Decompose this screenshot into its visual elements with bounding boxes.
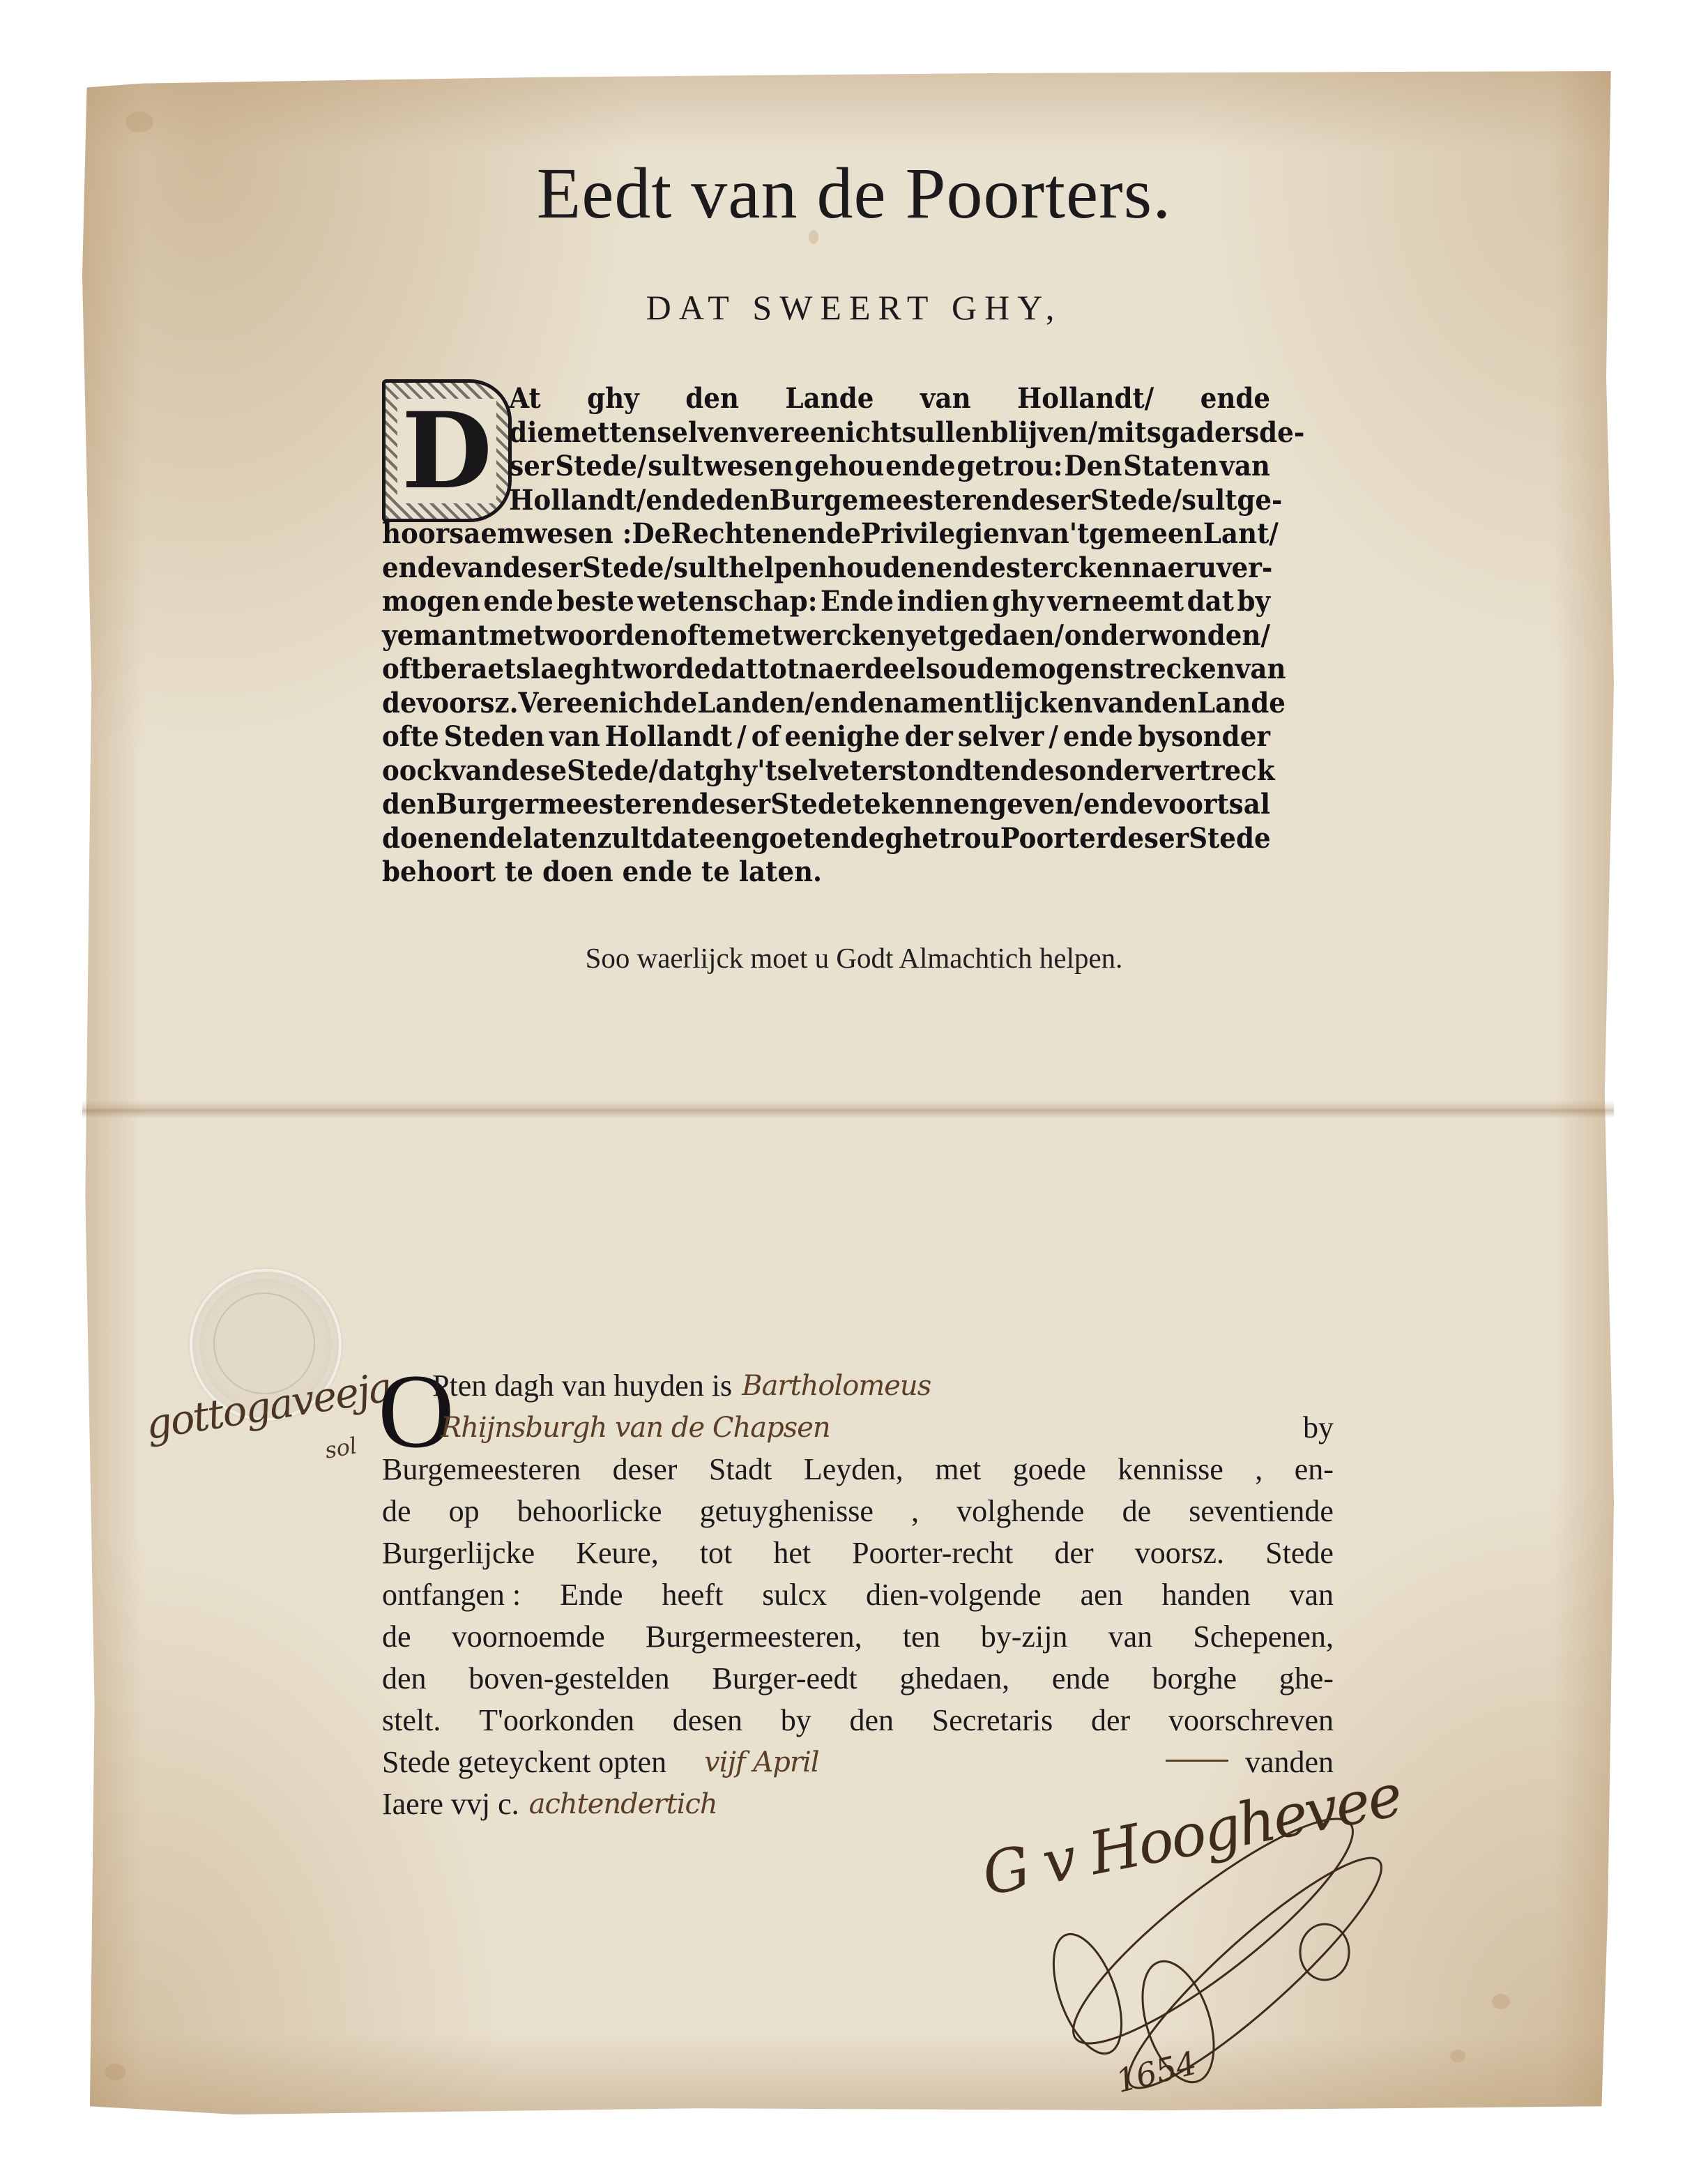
oath-word: ende bbox=[382, 551, 452, 586]
oath-word: ende bbox=[885, 450, 955, 484]
printed-text: Iaere vvj c. bbox=[382, 1783, 519, 1825]
oath-word: onderwonden/ bbox=[1065, 619, 1270, 653]
certificate-line: BurgemeesterendeserStadtLeyden,metgoedek… bbox=[382, 1449, 1334, 1491]
oath-word: yemant bbox=[382, 619, 489, 653]
oath-line: endevandeserStede/sulthelpenhoudenendest… bbox=[382, 551, 1270, 586]
oath-word: geven bbox=[989, 788, 1074, 822]
certificate-line: stelt.T'oorkondendesenbydenSecretarisder… bbox=[382, 1700, 1334, 1741]
oath-word: behoort bbox=[382, 855, 496, 890]
oath-word: Stede/ bbox=[582, 551, 673, 586]
oath-word: te bbox=[505, 855, 533, 890]
oath-word: Stede bbox=[770, 788, 852, 822]
certificate-word: dien-volgende bbox=[866, 1574, 1042, 1616]
oath-word: met bbox=[489, 619, 545, 653]
certificate-word: sulcx bbox=[762, 1574, 827, 1616]
oath-word: De bbox=[632, 517, 671, 551]
oath-word: gedaen/ bbox=[950, 619, 1064, 653]
oath-word: naer bbox=[1132, 551, 1198, 586]
oath-word: beste bbox=[556, 585, 634, 619]
oath-word: doen bbox=[542, 855, 613, 890]
oath-word: kennen bbox=[881, 788, 989, 822]
oath-word: der bbox=[905, 720, 953, 754]
oath-word: yet bbox=[906, 619, 949, 653]
certificate-word: , bbox=[911, 1491, 919, 1532]
oath-word: al bbox=[1244, 788, 1270, 822]
oath-word: At bbox=[509, 382, 540, 416]
oath-word: Poorter bbox=[1000, 822, 1110, 856]
oath-word: naerdeel bbox=[799, 653, 926, 687]
oath-word: wesen : bbox=[524, 517, 632, 551]
oath-word: helpen bbox=[729, 551, 828, 586]
oath-word: ghy bbox=[587, 382, 639, 416]
certificate-word: deser bbox=[613, 1449, 678, 1491]
oath-word: te bbox=[701, 855, 730, 890]
certificate-word: getuyghenisse bbox=[700, 1491, 874, 1532]
certificate-word: den bbox=[382, 1658, 427, 1700]
oath-word: vertreck bbox=[1154, 754, 1275, 788]
certificate-word: Schepenen, bbox=[1193, 1616, 1334, 1658]
oath-line: doenendelatenzultdateengoetendeghetrouPo… bbox=[382, 822, 1270, 856]
oath-word: ghy bbox=[992, 585, 1044, 619]
oath-text-blackletter: AtghydenLandevanHollandt/endediemettense… bbox=[382, 382, 1270, 890]
oath-word: Lande bbox=[785, 382, 874, 416]
certificate-date-line: Stede geteyckent opten vijf April vanden bbox=[382, 1741, 1334, 1783]
certificate-word: ghe- bbox=[1279, 1658, 1334, 1700]
handwritten-name: Bartholomeus bbox=[742, 1365, 931, 1407]
oath-word: de- bbox=[1259, 416, 1304, 450]
oath-word: ende bbox=[453, 822, 523, 856]
oath-word: van bbox=[452, 551, 503, 586]
oath-word: Ende bbox=[821, 585, 894, 619]
certificate-word: de bbox=[382, 1491, 411, 1532]
oath-word: sult bbox=[648, 450, 703, 484]
oath-word: den bbox=[382, 788, 436, 822]
oath-word: Staten bbox=[1123, 450, 1218, 484]
certificate-word: desen bbox=[673, 1700, 742, 1741]
certificate-word: stelt. bbox=[382, 1700, 441, 1741]
oath-word: ende bbox=[483, 585, 553, 619]
oath-word: Stede bbox=[1189, 822, 1270, 856]
oath-word: ofte bbox=[382, 720, 439, 754]
oath-word: oock bbox=[382, 754, 450, 788]
oath-word: dat bbox=[658, 754, 705, 788]
oath-word: ge- bbox=[1237, 484, 1282, 518]
oath-word: dat bbox=[653, 822, 699, 856]
oath-word: hoorsaem bbox=[382, 517, 524, 551]
handwritten-date: vijf April bbox=[676, 1741, 1149, 1783]
oath-word: deser bbox=[503, 551, 582, 586]
certificate-word: de bbox=[1122, 1491, 1152, 1532]
certificate-word: en- bbox=[1295, 1449, 1334, 1491]
oath-word: Burgemeesteren bbox=[770, 484, 1012, 518]
oath-line: denBurgermeesterendeserStedetekennengeve… bbox=[382, 788, 1270, 822]
oath-line: devoorsz.VereenichdeLanden/endenamentlij… bbox=[382, 687, 1270, 721]
certificate-word: ten bbox=[903, 1616, 940, 1658]
oath-word: sult bbox=[1182, 484, 1237, 518]
oath-word: wesen bbox=[704, 450, 793, 484]
oath-word: soude bbox=[926, 653, 1011, 687]
certificate-word: der bbox=[1091, 1700, 1130, 1741]
certificate-word: voorsz. bbox=[1135, 1532, 1224, 1574]
oath-word: Stede/ bbox=[567, 754, 658, 788]
oath-word: dese bbox=[501, 754, 567, 788]
oath-word: goet bbox=[751, 822, 815, 856]
oath-word: ende bbox=[791, 517, 860, 551]
certificate-line: devoornoemdeBurgermeesteren,tenby-zijnva… bbox=[382, 1616, 1334, 1658]
oath-subtitle: DAT SWEERT GHY, bbox=[0, 287, 1708, 328]
oath-word: selver bbox=[958, 720, 1044, 754]
oath-word: stercken bbox=[1006, 551, 1132, 586]
oath-word: met bbox=[727, 619, 783, 653]
oath-word: worde bbox=[623, 653, 710, 687]
certificate-word: op bbox=[449, 1491, 480, 1532]
certificate-word: ontfangen : bbox=[382, 1574, 521, 1616]
oath-word: ende bbox=[1200, 382, 1270, 416]
certificate-line-1: Pten dagh van huyden is Bartholomeus bbox=[382, 1365, 1334, 1407]
oath-word: strecken bbox=[1109, 653, 1235, 687]
printed-text: Stede geteyckent opten bbox=[382, 1741, 666, 1783]
oath-line: yemantmetwoordenoftemetwerckenyetgedaen/… bbox=[382, 619, 1270, 653]
certificate-word: by bbox=[781, 1700, 811, 1741]
oath-word: Lant/ bbox=[1203, 517, 1279, 551]
oath-closing-line: Soo waerlijck moet u Godt Almachtich hel… bbox=[0, 941, 1708, 975]
certificate-word: Burgermeesteren, bbox=[646, 1616, 862, 1658]
margin-signature-sub: sol bbox=[323, 1432, 359, 1463]
certificate-word: Leyden, bbox=[804, 1449, 903, 1491]
oath-word: deser bbox=[1109, 822, 1189, 856]
oath-word: houden bbox=[828, 551, 936, 586]
oath-word: Hollandt/ bbox=[1017, 382, 1154, 416]
certificate-word: volghende bbox=[956, 1491, 1084, 1532]
certificate-word: Ende bbox=[560, 1574, 623, 1616]
oath-word: getrou: bbox=[956, 450, 1062, 484]
oath-word: van bbox=[1235, 653, 1286, 687]
oath-line: Hollandt/endedenBurgemeesterendeserStede… bbox=[382, 484, 1270, 518]
oath-word: mogen bbox=[1011, 653, 1109, 687]
oath-word: sult bbox=[673, 551, 729, 586]
oath-word: van bbox=[450, 754, 501, 788]
certificate-word: kennisse bbox=[1118, 1449, 1223, 1491]
printed-text: by bbox=[1303, 1407, 1334, 1449]
certificate-line: ontfangen :Endeheeftsulcxdien-volgendeae… bbox=[382, 1574, 1334, 1616]
oath-line: hoorsaemwesen :DeRechtenendePrivilegienv… bbox=[382, 517, 1270, 551]
oath-word: ende bbox=[814, 687, 884, 721]
oath-word: Lande bbox=[1197, 687, 1286, 721]
oath-word: gehou bbox=[795, 450, 885, 484]
oath-word: Stede/ bbox=[1090, 484, 1182, 518]
oath-word: ver- bbox=[1217, 551, 1272, 586]
oath-word: vanden bbox=[1092, 687, 1196, 721]
oath-word: / bbox=[1049, 720, 1058, 754]
oath-word: ghetrou bbox=[885, 822, 1000, 856]
oath-word: oft bbox=[382, 653, 422, 687]
oath-word: Privilegien bbox=[861, 517, 1019, 551]
oath-word: laten bbox=[523, 822, 597, 856]
oath-word: Rechten bbox=[671, 517, 791, 551]
certificate-word: den bbox=[850, 1700, 894, 1741]
certificate-word: ghedaen, bbox=[900, 1658, 1010, 1700]
certificate-word: met bbox=[935, 1449, 981, 1491]
oath-word: gemeen bbox=[1089, 517, 1203, 551]
certificate-word: de bbox=[382, 1616, 411, 1658]
oath-word: u bbox=[1198, 551, 1217, 586]
certificate-word: Burgerlijcke bbox=[382, 1532, 535, 1574]
paper-stain bbox=[1492, 1994, 1510, 2009]
oath-word: den bbox=[716, 484, 770, 518]
certificate-word: Secretaris bbox=[932, 1700, 1053, 1741]
oath-line: ofteStedenvanHollandt/ofeenighederselver… bbox=[382, 720, 1270, 754]
certificate-line: BurgerlijckeKeure,tothetPoorter-rechtder… bbox=[382, 1532, 1334, 1574]
oath-word: sonder bbox=[1055, 754, 1154, 788]
handwritten-origin: Rhijnsburgh van de Chapsen bbox=[432, 1407, 1303, 1449]
oath-word: selven bbox=[657, 416, 748, 450]
certificate-word: Stadt bbox=[709, 1449, 772, 1491]
oath-word: voorts bbox=[1154, 788, 1244, 822]
oath-line: AtghydenLandevanHollandt/ende bbox=[382, 382, 1270, 416]
oath-word: of bbox=[752, 720, 780, 754]
oath-word: beraetslaeght bbox=[422, 653, 623, 687]
oath-line: behoorttedoenendetelaten. bbox=[382, 855, 1270, 890]
certificate-word: van bbox=[1108, 1616, 1153, 1658]
certificate-word: Burger-eedt bbox=[712, 1658, 857, 1700]
oath-word: Steden bbox=[444, 720, 544, 754]
fold-crease bbox=[82, 1100, 1614, 1118]
oath-word: voorsz. bbox=[417, 687, 519, 721]
oath-word: een bbox=[699, 822, 751, 856]
certificate-word: het bbox=[773, 1532, 811, 1574]
oath-word: ende bbox=[646, 484, 715, 518]
certificate-word: aen bbox=[1081, 1574, 1123, 1616]
certificate-word: borghe bbox=[1152, 1658, 1237, 1700]
paper-stain bbox=[125, 112, 153, 132]
oath-line: serStede/sultwesengehouendegetrou:DenSta… bbox=[382, 450, 1270, 484]
certificate-word: voorschreven bbox=[1168, 1700, 1334, 1741]
oath-word: 'tselve bbox=[757, 754, 850, 788]
oath-word: eenighe bbox=[784, 720, 899, 754]
oath-word: Hollandt bbox=[605, 720, 733, 754]
certificate-word: boven-gestelden bbox=[468, 1658, 669, 1700]
certificate-text: Pten dagh van huyden is Bartholomeus Rhi… bbox=[382, 1365, 1334, 1825]
oath-word: den bbox=[685, 382, 739, 416]
oath-word: indien bbox=[897, 585, 989, 619]
oath-word: dat bbox=[1187, 585, 1234, 619]
oath-word: ser bbox=[509, 450, 554, 484]
oath-word: tot bbox=[758, 653, 799, 687]
certificate-word: behoorlicke bbox=[517, 1491, 662, 1532]
certificate-word: der bbox=[1054, 1532, 1093, 1574]
oath-line: mogenendebestewetenschap:Endeindienghyve… bbox=[382, 585, 1270, 619]
certificate-line: deopbehoorlickegetuyghenisse,volghendede… bbox=[382, 1491, 1334, 1532]
oath-word: Vereenichde bbox=[519, 687, 698, 721]
oath-word: Den bbox=[1064, 450, 1122, 484]
oath-word: Landen/ bbox=[697, 687, 814, 721]
certificate-word: T'oorkonden bbox=[479, 1700, 634, 1741]
oath-word: laten. bbox=[739, 855, 822, 890]
certificate-word: tot bbox=[700, 1532, 732, 1574]
oath-word: ende bbox=[815, 822, 885, 856]
certificate-word: seventiende bbox=[1189, 1491, 1334, 1532]
certificate-body-lines: BurgemeesterendeserStadtLeyden,metgoedek… bbox=[382, 1449, 1334, 1741]
oath-word: te bbox=[853, 788, 881, 822]
oath-word: dat bbox=[710, 653, 757, 687]
handwritten-year: achtendertich bbox=[529, 1783, 717, 1825]
oath-word: de bbox=[382, 687, 417, 721]
oath-word: Hollandt/ bbox=[509, 484, 646, 518]
oath-word: mitsgaders bbox=[1097, 416, 1259, 450]
oath-word: Stede/ bbox=[555, 450, 646, 484]
document-title: Eedt van de Poorters. bbox=[0, 152, 1708, 235]
oath-word: die bbox=[509, 416, 554, 450]
certificate-word: Keure, bbox=[576, 1532, 659, 1574]
handwritten-dash bbox=[1166, 1741, 1228, 1762]
oath-line: oockvandeseStede/datghy'tselveterstondte… bbox=[382, 754, 1270, 788]
certificate-word: heeft bbox=[662, 1574, 723, 1616]
paper-stain bbox=[1450, 2050, 1465, 2062]
oath-word: bysonder bbox=[1138, 720, 1270, 754]
certificate-word: handen bbox=[1162, 1574, 1251, 1616]
oath-word: zult bbox=[597, 822, 652, 856]
oath-line: diemettenselvenvereenichtsullenblijven/m… bbox=[382, 416, 1270, 450]
oath-word: ghy bbox=[705, 754, 757, 788]
oath-word: van bbox=[920, 382, 971, 416]
oath-word: wetenschap: bbox=[637, 585, 817, 619]
certificate-word: Burgemeesteren bbox=[382, 1449, 581, 1491]
oath-word: verneemt bbox=[1047, 585, 1184, 619]
certificate-word: van bbox=[1289, 1574, 1334, 1616]
oath-word: mogen bbox=[382, 585, 480, 619]
oath-word: ende bbox=[936, 551, 1006, 586]
oath-word: by bbox=[1237, 585, 1270, 619]
oath-word: deser bbox=[1011, 484, 1090, 518]
oath-word: woorden bbox=[545, 619, 669, 653]
oath-word: namentlijcken bbox=[884, 687, 1092, 721]
oath-word: ende bbox=[984, 754, 1054, 788]
oath-word: van't bbox=[1019, 517, 1089, 551]
oath-word: metten bbox=[554, 416, 657, 450]
certificate-word: , bbox=[1255, 1449, 1263, 1491]
oath-word: sullen bbox=[902, 416, 991, 450]
oath-word: deser bbox=[691, 788, 770, 822]
oath-word: doen bbox=[382, 822, 453, 856]
oath-word: terstondt bbox=[850, 754, 985, 788]
paper-stain bbox=[105, 2064, 125, 2080]
oath-word: van bbox=[549, 720, 600, 754]
certificate-word: by-zijn bbox=[981, 1616, 1068, 1658]
oath-word: / bbox=[1074, 788, 1083, 822]
oath-word: wercken bbox=[784, 619, 905, 653]
oath-word: ende bbox=[623, 855, 692, 890]
oath-word: blijven/ bbox=[991, 416, 1098, 450]
oath-word: vereenicht bbox=[748, 416, 901, 450]
oath-word: Burgermeesteren bbox=[436, 788, 691, 822]
oath-line: oftberaetslaeghtwordedattotnaerdeelsoude… bbox=[382, 653, 1270, 687]
oath-word: / bbox=[737, 720, 747, 754]
certificate-line-2: Rhijnsburgh van de Chapsen by bbox=[382, 1407, 1334, 1449]
certificate-line: denboven-gesteldenBurger-eedtghedaen,end… bbox=[382, 1658, 1334, 1700]
certificate-word: Poorter-recht bbox=[852, 1532, 1013, 1574]
oath-word: ende bbox=[1063, 720, 1133, 754]
oath-word: van bbox=[1219, 450, 1270, 484]
oath-word: ofte bbox=[670, 619, 727, 653]
certificate-word: voornoemde bbox=[452, 1616, 605, 1658]
certificate-word: ende bbox=[1052, 1658, 1110, 1700]
printed-text: Pten dagh van huyden is bbox=[432, 1365, 732, 1407]
oath-word: ende bbox=[1083, 788, 1153, 822]
certificate-word: goede bbox=[1013, 1449, 1086, 1491]
certificate-word: Stede bbox=[1265, 1532, 1334, 1574]
